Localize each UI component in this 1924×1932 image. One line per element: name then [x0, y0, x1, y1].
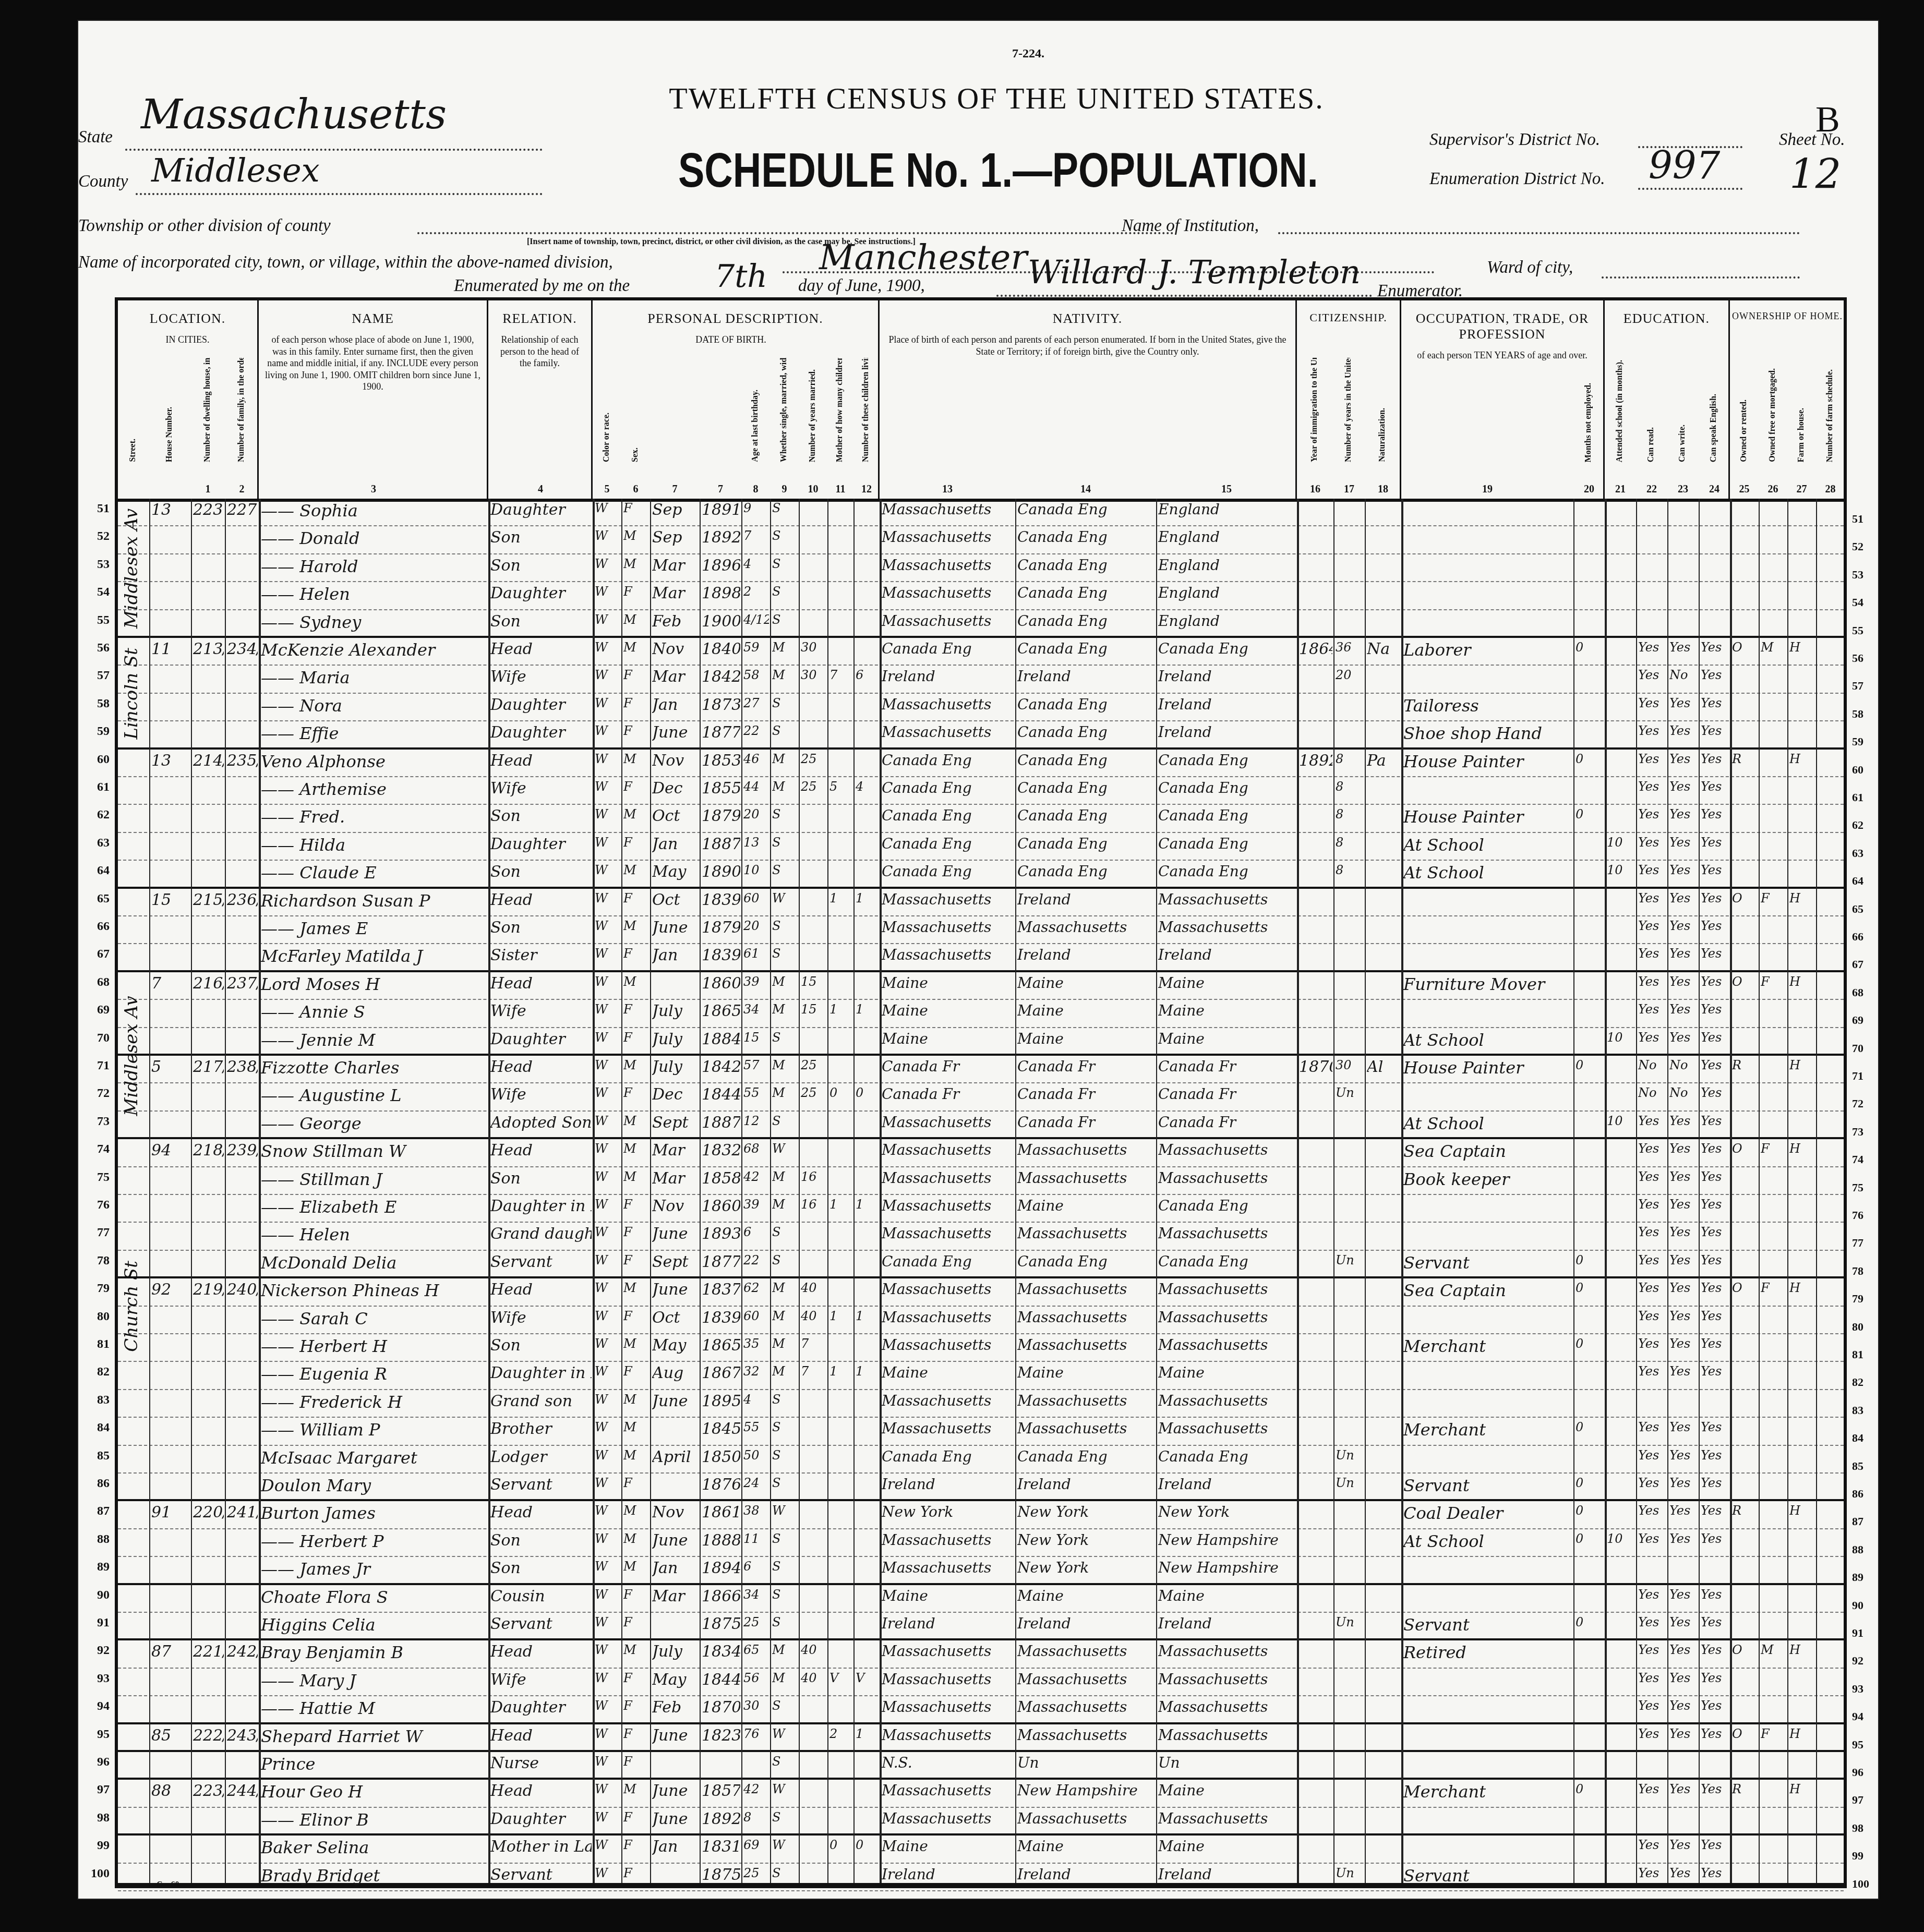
cell-mort: F — [1761, 891, 1786, 905]
cell-mne: 0 — [1576, 1281, 1604, 1295]
line-number: 95 — [78, 1728, 110, 1742]
cell-mc: 0 — [829, 1838, 852, 1852]
cell-cl: V — [856, 1671, 879, 1685]
cell-sex: M — [623, 974, 649, 989]
line-number: 69 — [78, 1003, 110, 1017]
column-number: 10 — [799, 484, 827, 496]
cell-pob: Ireland — [882, 1476, 1014, 1493]
cell-color: W — [595, 891, 620, 905]
cell-fam: 234/228 — [227, 640, 258, 658]
column-number: 7 — [650, 484, 700, 496]
cell-read: Yes — [1638, 779, 1666, 794]
cell-month: Feb — [652, 612, 699, 631]
cell-read: Yes — [1638, 1309, 1666, 1323]
cell-rel: Daughter in Law — [490, 1197, 592, 1215]
cell-name: —— George — [261, 1114, 487, 1133]
cell-pobm: Un — [1158, 1754, 1296, 1771]
cell-dw: 217/228 — [193, 1058, 224, 1076]
cell-pobf: Massachusetts — [1017, 1643, 1155, 1660]
cell-month: June — [652, 1726, 699, 1745]
cell-name: —— William P — [261, 1420, 487, 1440]
cell-read: Yes — [1638, 723, 1666, 738]
column-divider — [1699, 499, 1700, 1883]
cell-pobm: Maine — [1158, 1838, 1296, 1855]
cell-year: 1867 — [702, 1364, 740, 1382]
cell-sex: F — [623, 1615, 649, 1629]
cell-write: No — [1669, 668, 1698, 682]
enumerated-prefix: Enumerated by me on the — [454, 276, 630, 296]
cell-pobm: Canada Eng — [1158, 1253, 1296, 1270]
cell-write: Yes — [1669, 974, 1698, 989]
line-number-right: 91 — [1852, 1626, 1863, 1640]
cell-pobf: Massachusetts — [1017, 1392, 1155, 1409]
cell-ym: 30 — [801, 640, 826, 655]
cell-pob: Canada Fr — [882, 1058, 1014, 1075]
line-number: 72 — [78, 1086, 110, 1101]
cell-nat: Pa — [1367, 752, 1400, 770]
cell-rel: Wife — [490, 1085, 592, 1104]
cell-age: 68 — [743, 1141, 769, 1156]
cell-color: W — [595, 1531, 620, 1546]
cell-name: —— James E — [261, 919, 487, 938]
cell-name: —— James Jr — [261, 1559, 487, 1579]
cell-pobm: Canada Fr — [1158, 1085, 1296, 1103]
cell-year: 1875 — [702, 1615, 740, 1633]
cell-mne: 0 — [1576, 807, 1604, 822]
cell-eng: Yes — [1701, 668, 1729, 682]
cell-pob: Massachusetts — [882, 1392, 1014, 1409]
cell-month: June — [652, 1782, 699, 1800]
cell-sch: 10 — [1607, 1030, 1635, 1045]
cell-month: June — [652, 1225, 699, 1243]
cell-ym: 25 — [801, 779, 826, 794]
line-number: 53 — [78, 558, 110, 572]
cell-color: W — [595, 1698, 620, 1713]
cell-pobf: Ireland — [1017, 1476, 1155, 1493]
enumerated-day: 7th — [715, 258, 767, 295]
cell-rel: Grand daughter — [490, 1225, 592, 1243]
cell-write: Yes — [1669, 1336, 1698, 1351]
cell-pobf: Massachusetts — [1017, 919, 1155, 936]
cell-house: 5 — [151, 1058, 190, 1076]
cell-pobf: Massachusetts — [1017, 1169, 1155, 1187]
cell-year: 1858 — [702, 1169, 740, 1188]
cell-ms: S — [772, 1531, 798, 1546]
column-number: 28 — [1816, 484, 1845, 496]
cell-fam: 242/236 — [227, 1643, 258, 1661]
cell-year: 1890 — [702, 863, 740, 881]
cell-age: 62 — [743, 1281, 769, 1295]
cell-sex: M — [623, 1058, 649, 1072]
cell-ms: M — [772, 640, 798, 655]
cell-rel: Head — [490, 891, 592, 909]
cell-year: 1832 — [702, 1141, 740, 1160]
cell-name: McDonald Delia — [261, 1253, 487, 1273]
cell-month: Jan — [652, 1838, 699, 1856]
column-divider — [1759, 499, 1760, 1883]
cell-occ: Servant — [1403, 1866, 1572, 1886]
cell-fam: 240/234 — [227, 1281, 258, 1299]
cell-read: Yes — [1638, 1448, 1666, 1463]
cell-pob: Canada Fr — [882, 1085, 1014, 1103]
cell-ms: S — [772, 501, 798, 515]
census-title: TWELFTH CENSUS OF THE UNITED STATES. — [579, 81, 1414, 116]
cell-rel: Wife — [490, 1309, 592, 1327]
institution-label: Name of Institution, — [1122, 216, 1259, 236]
cell-eng: Yes — [1701, 1698, 1729, 1713]
street-name: Middlesex Av — [121, 501, 142, 636]
cell-mne: 0 — [1576, 1058, 1604, 1072]
cell-pob: Massachusetts — [882, 1643, 1014, 1660]
cell-year: 1839 — [702, 1309, 740, 1327]
line-number-right: 92 — [1852, 1654, 1863, 1668]
cell-fam: 241/235 — [227, 1503, 258, 1522]
cell-pobf: New Hampshire — [1017, 1782, 1155, 1799]
cell-yrs: Un — [1336, 1615, 1364, 1629]
cell-imm: 1870 — [1299, 1058, 1332, 1076]
cell-yrs: Un — [1336, 1866, 1364, 1880]
line-number-right: 60 — [1852, 763, 1863, 777]
cell-pobf: Massachusetts — [1017, 1141, 1155, 1158]
cell-age: 57 — [743, 1058, 769, 1072]
column-label: Naturalization. — [1378, 408, 1387, 462]
cell-age: 56 — [743, 1671, 769, 1685]
cell-pob: Massachusetts — [882, 1197, 1014, 1214]
cell-pob: Massachusetts — [882, 501, 1014, 518]
cell-month: Nov — [652, 1503, 699, 1522]
cell-ms: M — [772, 779, 798, 794]
cell-nat: Na — [1367, 640, 1400, 658]
cell-ms: S — [772, 723, 798, 738]
cell-color: W — [595, 974, 620, 989]
cell-year: 1895 — [702, 1392, 740, 1410]
cell-name: McKenzie Alexander — [261, 640, 487, 660]
cell-rel: Head — [490, 974, 592, 993]
cell-pob: Massachusetts — [882, 1281, 1014, 1298]
cell-pobm: Canada Eng — [1158, 863, 1296, 880]
cell-fam: 236/230 — [227, 891, 258, 909]
cell-eng: Yes — [1701, 1726, 1729, 1741]
cell-eng: Yes — [1701, 1476, 1729, 1490]
cell-pobf: Massachusetts — [1017, 1336, 1155, 1354]
cell-year: 1879 — [702, 919, 740, 937]
schedule-title: SCHEDULE No. 1.—POPULATION. — [678, 143, 1318, 198]
cell-rel: Son — [490, 612, 592, 631]
cell-year: 1884 — [702, 1030, 740, 1048]
column-label: Can read. — [1646, 427, 1656, 462]
column-label: Owned or rented. — [1739, 400, 1749, 462]
line-number: 71 — [78, 1059, 110, 1073]
cell-occ: At School — [1403, 835, 1572, 855]
cell-age: 42 — [743, 1782, 769, 1796]
line-number-right: 84 — [1852, 1431, 1863, 1445]
cell-read: Yes — [1638, 696, 1666, 710]
cell-pob: Massachusetts — [882, 919, 1014, 936]
cell-name: —— Eugenia R — [261, 1364, 487, 1384]
column-label: Sex. — [631, 448, 640, 462]
column-divider — [225, 499, 226, 1883]
cell-write: Yes — [1669, 891, 1698, 905]
cell-fam: 227 — [227, 501, 258, 519]
line-number: 57 — [78, 669, 110, 683]
table-row: —— NoraDaughterWFJan187327SMassachusetts… — [118, 694, 1844, 721]
cell-rel: Servant — [490, 1253, 592, 1271]
table-row: —— Jennie MDaughterWFJuly188415SMaineMai… — [118, 1028, 1844, 1056]
sheet-label: Sheet No. — [1779, 130, 1845, 150]
cell-pobm: Ireland — [1158, 1866, 1296, 1883]
cell-ms: S — [772, 1866, 798, 1880]
line-number-right: 68 — [1852, 986, 1863, 999]
cell-sex: F — [623, 1698, 649, 1713]
cell-mc: V — [829, 1671, 852, 1685]
ward-line — [1602, 276, 1800, 279]
cell-name: —— Sarah C — [261, 1309, 487, 1329]
cell-write: Yes — [1669, 1503, 1698, 1518]
cell-ms: S — [772, 584, 798, 599]
cell-sex: M — [623, 1169, 649, 1184]
cell-rel: Wife — [490, 779, 592, 798]
cell-dw: 220/232 — [193, 1503, 224, 1522]
cell-rel: Lodger — [490, 1448, 592, 1466]
cell-rel: Adopted Son — [490, 1114, 592, 1132]
cell-year: 1839 — [702, 891, 740, 909]
cell-pobm: England — [1158, 584, 1296, 601]
cell-rel: Wife — [490, 1002, 592, 1020]
cell-pob: Massachusetts — [882, 1531, 1014, 1549]
cell-rel: Son — [490, 919, 592, 937]
cell-pobf: Massachusetts — [1017, 1420, 1155, 1437]
cell-farm: H — [1789, 752, 1815, 766]
cell-month: Oct — [652, 1309, 699, 1327]
cell-write: Yes — [1669, 1141, 1698, 1156]
cell-month: Nov — [652, 752, 699, 770]
cell-pob: Maine — [882, 1364, 1014, 1381]
line-number: 85 — [78, 1449, 110, 1463]
line-number-right: 85 — [1852, 1459, 1863, 1473]
cell-pob: Massachusetts — [882, 891, 1014, 908]
cell-month: July — [652, 1030, 699, 1048]
cell-farm: H — [1789, 1726, 1815, 1741]
cell-color: W — [595, 835, 620, 850]
cell-pobm: Canada Eng — [1158, 1197, 1296, 1214]
cell-pobm: Massachusetts — [1158, 1392, 1296, 1409]
cell-year: 1877 — [702, 723, 740, 742]
table-row: 15215/226236/230Richardson Susan PHeadWF… — [118, 889, 1844, 916]
cell-pobf: Ireland — [1017, 891, 1155, 908]
table-row: 13214/225235/229Veno AlphonseHeadWMNov18… — [118, 750, 1844, 777]
column-number: 23 — [1667, 484, 1699, 496]
cell-name: —— Helen — [261, 1225, 487, 1245]
cell-write: Yes — [1669, 1671, 1698, 1685]
cell-pobf: Canada Eng — [1017, 557, 1155, 574]
cell-name: Baker Selina — [261, 1838, 487, 1857]
table-row: 5217/228238/232Fizzotte CharlesHeadWMJul… — [118, 1056, 1844, 1083]
cell-occ: Sea Captain — [1403, 1281, 1572, 1300]
cell-pob: Massachusetts — [882, 696, 1014, 713]
line-number: 97 — [78, 1783, 110, 1797]
cell-name: —— Donald — [261, 528, 487, 548]
cell-year: 1887 — [702, 1114, 740, 1132]
cell-eng: Yes — [1701, 1002, 1729, 1017]
cell-sex: F — [623, 1002, 649, 1017]
column-divider — [827, 499, 828, 1883]
cell-ms: M — [772, 668, 798, 682]
cell-pob: Massachusetts — [882, 1726, 1014, 1744]
cell-month: July — [652, 1058, 699, 1076]
cell-pobm: Massachusetts — [1158, 1225, 1296, 1242]
cell-pob: Massachusetts — [882, 1671, 1014, 1688]
cell-rel: Daughter — [490, 1030, 592, 1048]
sheet-value: 12 — [1789, 151, 1841, 198]
cell-pobm: Maine — [1158, 1587, 1296, 1604]
cell-read: Yes — [1638, 835, 1666, 850]
cell-ms: M — [772, 1281, 798, 1295]
cell-write: Yes — [1669, 863, 1698, 877]
table-row: Higgins CeliaServantWF187525SIrelandIrel… — [118, 1613, 1844, 1640]
column-number: 16 — [1297, 484, 1333, 496]
cell-yrs: 20 — [1336, 668, 1364, 682]
enumeration-value: 997 — [1649, 143, 1720, 187]
cell-fam: 243/237 — [227, 1726, 258, 1745]
cell-color: W — [595, 1643, 620, 1657]
group-name: NAME of each person whose place of abode… — [259, 300, 488, 499]
cell-ms: S — [772, 1615, 798, 1629]
cell-pobf: Massachusetts — [1017, 1309, 1155, 1326]
cell-read: Yes — [1638, 1197, 1666, 1212]
line-number-right: 77 — [1852, 1236, 1863, 1250]
cell-farm: H — [1789, 1058, 1815, 1072]
cell-pobf: New York — [1017, 1503, 1155, 1520]
cell-sex: M — [623, 863, 649, 877]
cell-pobf: Canada Eng — [1017, 584, 1155, 601]
cell-age: 35 — [743, 1336, 769, 1351]
cell-read: Yes — [1638, 1726, 1666, 1741]
cell-read: Yes — [1638, 1225, 1666, 1239]
cell-year: 1860 — [702, 1197, 740, 1215]
cell-mc: 1 — [829, 1364, 852, 1379]
cell-color: W — [595, 779, 620, 794]
cell-eng: Yes — [1701, 1838, 1729, 1852]
column-divider — [1573, 499, 1574, 1883]
cell-eng: Yes — [1701, 946, 1729, 961]
cell-pobm: Maine — [1158, 1364, 1296, 1381]
cell-sex: F — [623, 1810, 649, 1825]
cell-pobm: Massachusetts — [1158, 919, 1296, 936]
cell-month: May — [652, 863, 699, 881]
cell-pobf: Maine — [1017, 974, 1155, 992]
table-row: —— Claude ESonWMMay189010SCanada EngCana… — [118, 861, 1844, 888]
cell-name: Prince — [261, 1754, 487, 1774]
cell-eng: Yes — [1701, 1531, 1729, 1546]
cell-month: June — [652, 1281, 699, 1299]
cell-occ: House Painter — [1403, 807, 1572, 827]
column-label: Number of years married. — [808, 369, 817, 462]
line-number: 60 — [78, 753, 110, 767]
cell-pobf: Maine — [1017, 1030, 1155, 1047]
column-label: Mother of how many children. — [835, 358, 845, 462]
cell-name: —— Hattie M — [261, 1698, 487, 1718]
column-divider — [488, 499, 490, 1883]
line-number: 79 — [78, 1282, 110, 1296]
line-number: 91 — [78, 1616, 110, 1630]
cell-year: 1853 — [702, 752, 740, 770]
cell-color: W — [595, 501, 620, 515]
table-row: 92219/230240/234Nickerson Phineas HHeadW… — [118, 1278, 1844, 1306]
column-label: Number of dwelling house, in the order o… — [203, 358, 212, 462]
cell-pobf: Canada Eng — [1017, 528, 1155, 546]
cell-sex: F — [623, 696, 649, 710]
cell-ms: S — [772, 1420, 798, 1434]
cell-rel: Head — [490, 1726, 592, 1745]
table-row: 91220/232241/235Burton JamesHeadWMNov186… — [118, 1501, 1844, 1529]
column-number: 9 — [770, 484, 799, 496]
cell-ms: W — [772, 1782, 798, 1796]
cell-house: 7 — [151, 974, 190, 993]
cell-color: W — [595, 863, 620, 877]
cell-age: 34 — [743, 1587, 769, 1602]
cell-rel: Mother in Law — [490, 1838, 592, 1856]
cell-ms: S — [772, 1810, 798, 1825]
line-number-right: 99 — [1852, 1849, 1863, 1863]
cell-ms: M — [772, 1002, 798, 1017]
cell-sex: M — [623, 752, 649, 766]
line-number-right: 82 — [1852, 1375, 1863, 1389]
cell-pob: Massachusetts — [882, 1169, 1014, 1187]
cell-rel: Daughter — [490, 501, 592, 519]
cell-name: Higgins Celia — [261, 1615, 487, 1635]
cell-pobm: England — [1158, 528, 1296, 546]
line-number: 67 — [78, 947, 110, 961]
cell-year: 1870 — [702, 1698, 740, 1717]
column-label: Number of years in the United States. — [1344, 358, 1353, 462]
cell-read: Yes — [1638, 1364, 1666, 1379]
cell-occ: Merchant — [1403, 1336, 1572, 1356]
cell-color: W — [595, 1866, 620, 1880]
cell-eng: Yes — [1701, 1197, 1729, 1212]
cell-read: Yes — [1638, 1253, 1666, 1267]
cell-fam: 237/231 — [227, 974, 258, 993]
cell-dw: 213/224 — [193, 640, 224, 658]
cell-name: —— Frederick H — [261, 1392, 487, 1412]
cell-year: 1837 — [702, 1281, 740, 1299]
cell-name: Lord Moses H — [261, 974, 487, 994]
line-number-right: 53 — [1852, 568, 1863, 582]
cell-name: —— Herbert P — [261, 1531, 487, 1551]
line-number: 93 — [78, 1672, 110, 1686]
cell-write: Yes — [1669, 1030, 1698, 1045]
cell-age: 46 — [743, 752, 769, 766]
cell-rel: Son — [490, 1531, 592, 1550]
column-label: Year of immigration to the United States… — [1310, 358, 1319, 462]
cell-farm: H — [1789, 1643, 1815, 1657]
state-value: Massachusetts — [141, 91, 447, 138]
table-row: 94218/229239/233Snow Stillman WHeadWMMar… — [118, 1139, 1844, 1167]
column-divider — [770, 499, 771, 1883]
cell-house: 13 — [151, 501, 190, 519]
column-divider — [700, 499, 701, 1883]
form-number: 7-224. — [1012, 47, 1044, 61]
cell-name: —— Sydney — [261, 612, 487, 632]
city-label: Name of incorporated city, town, or vill… — [78, 253, 613, 272]
cell-age: 9 — [743, 501, 769, 515]
cell-color: W — [595, 1141, 620, 1156]
line-number: 78 — [78, 1254, 110, 1268]
cell-read: Yes — [1638, 1643, 1666, 1657]
cell-sex: F — [623, 584, 649, 599]
cell-rel: Son — [490, 1559, 592, 1577]
cell-occ: Servant — [1403, 1615, 1572, 1635]
cell-month: June — [652, 723, 699, 742]
